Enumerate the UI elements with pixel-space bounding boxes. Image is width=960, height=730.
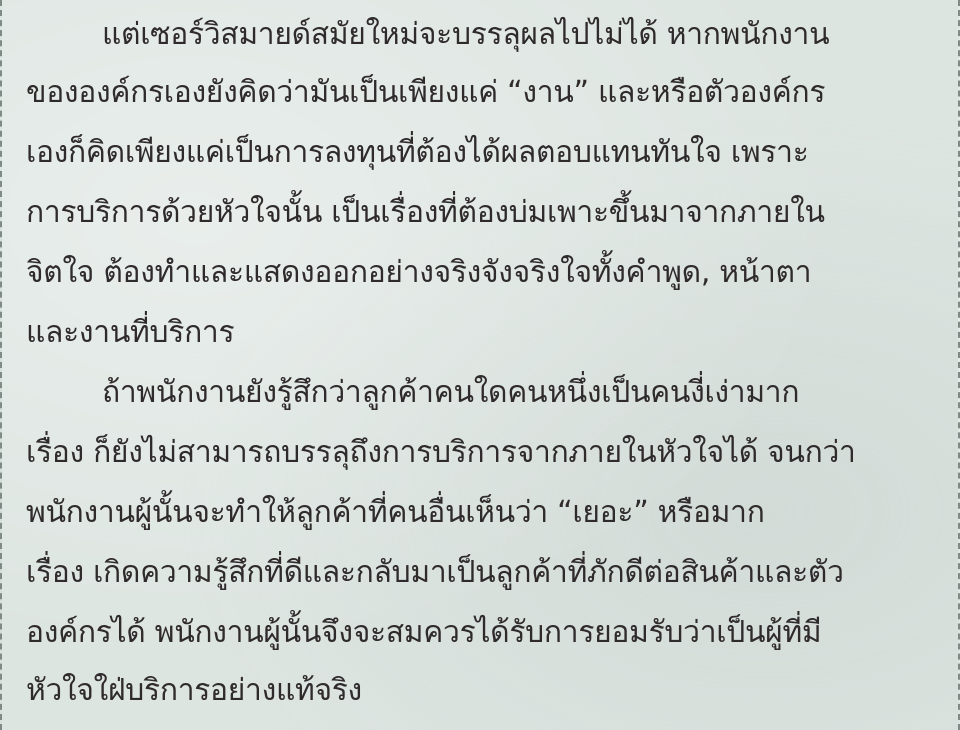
newspaper-clipping: แต่เซอร์วิสมายด์สมัยใหม่จะบรรลุผลไปไม่ได…	[0, 0, 960, 730]
text-line: การบริการด้วยหัวใจนั้น เป็นเรื่องที่ต้อง…	[26, 198, 825, 228]
text-line: องค์กรได้ พนักงานผู้นั้นจึงจะสมควรได้รับ…	[26, 618, 821, 648]
text-line: ขององค์กรเองยังคิดว่ามันเป็นเพียงแค่ “งา…	[26, 78, 825, 108]
text-line: จิตใจ ต้องทำและแสดงออกอย่างจริงจังจริงใจ…	[26, 258, 811, 288]
text-line: ถ้าพนักงานยังรู้สึกว่าลูกค้าคนใดคนหนึ่งเ…	[102, 378, 799, 408]
text-line: เรื่อง ก็ยังไม่สามารถบรรลุถึงการบริการจา…	[26, 438, 856, 468]
text-line: และงานที่บริการ	[26, 318, 234, 348]
text-line: หัวใจใฝ่บริการอย่างแท้จริง	[26, 676, 362, 706]
text-line: เองก็คิดเพียงแค่เป็นการลงทุนที่ต้องได้ผล…	[26, 138, 809, 168]
text-line: แต่เซอร์วิสมายด์สมัยใหม่จะบรรลุผลไปไม่ได…	[102, 20, 829, 50]
text-line: เรื่อง เกิดความรู้สึกที่ดีและกลับมาเป็นล…	[26, 558, 844, 588]
text-line: พนักงานผู้นั้นจะทำให้ลูกค้าที่คนอื่นเห็น…	[26, 498, 765, 528]
